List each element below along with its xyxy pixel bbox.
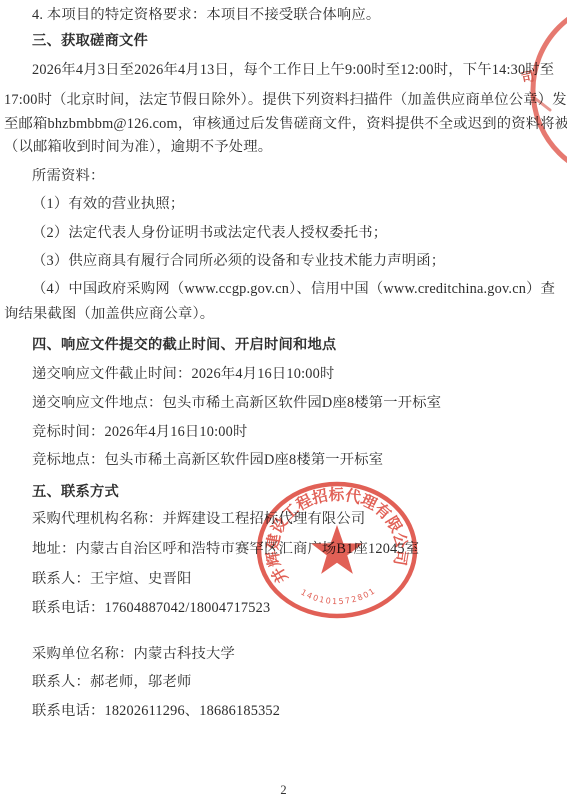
document-page: 4. 本项目的特定资格要求：本项目不接受联合体响应。 三、获取磋商文件 2026… — [0, 0, 567, 811]
section3-body-line4: （以邮箱收到时间为准），逾期不予处理。 — [4, 139, 272, 155]
material-item-1: （1）有效的营业执照； — [32, 196, 184, 212]
bid-place-line: 竞标地点：包头市稀土高新区软件园D座8楼第一开标室 — [32, 452, 383, 468]
section3-body-line3: 至邮箱bhzbmbbm@126.com，审核通过后发售磋商文件，资料提供不全或迟… — [4, 116, 567, 132]
section5-heading: 五、联系方式 — [32, 484, 119, 500]
seal-company-text: 并辉建设工程招标代理有限公司 — [262, 485, 411, 586]
seal-serial-number: 1401015728014 — [252, 472, 378, 606]
purchaser-name-line: 采购单位名称：内蒙古科技大学 — [32, 646, 235, 662]
required-materials-label: 所需资料： — [32, 168, 104, 184]
agency-contact-line: 联系人：王宇煊、史晋阳 — [32, 571, 191, 587]
material-item-4-cont: 询结果截图（加盖供应商公章）。 — [4, 306, 214, 322]
material-item-2: （2）法定代表人身份证明书或法定代表人授权委托书； — [32, 225, 387, 241]
purchaser-phone-line: 联系电话：18202611296、18686185352 — [32, 703, 280, 719]
purchaser-contact-line: 联系人：郝老师，邬老师 — [32, 674, 191, 690]
submission-place-line: 递交响应文件地点：包头市稀土高新区软件园D座8楼第一开标室 — [32, 395, 441, 411]
submission-deadline-line: 递交响应文件截止时间：2026年4月16日10:00时 — [32, 366, 334, 382]
agency-phone-line: 联系电话：17604887042/18004717523 — [32, 600, 270, 616]
material-item-3: （3）供应商具有履行合同所必须的设备和专业技术能力声明函； — [32, 253, 445, 269]
section3-heading: 三、获取磋商文件 — [32, 33, 148, 49]
agency-name-line: 采购代理机构名称：并辉建设工程招标代理有限公司 — [32, 511, 365, 527]
section3-body-line1: 2026年4月3日至2026年4月13日，每个工作日上午9:00时至12:00时… — [32, 62, 554, 78]
agency-address-line: 地址：内蒙古自治区呼和浩特市赛罕区汇商广场B1座12045室 — [32, 541, 419, 557]
material-item-4: （4）中国政府采购网（www.ccgp.gov.cn）、信用中国（www.cre… — [32, 281, 555, 297]
qualification-note: 4. 本项目的特定资格要求：本项目不接受联合体响应。 — [32, 7, 380, 23]
bid-time-line: 竞标时间：2026年4月16日10:00时 — [32, 424, 247, 440]
section4-heading: 四、响应文件提交的截止时间、开启时间和地点 — [32, 337, 336, 353]
section3-body-line2: 17:00时（北京时间，法定节假日除外）。提供下列资料扫描件（加盖供应商单位公章… — [4, 92, 567, 108]
page-number: 2 — [0, 783, 567, 798]
